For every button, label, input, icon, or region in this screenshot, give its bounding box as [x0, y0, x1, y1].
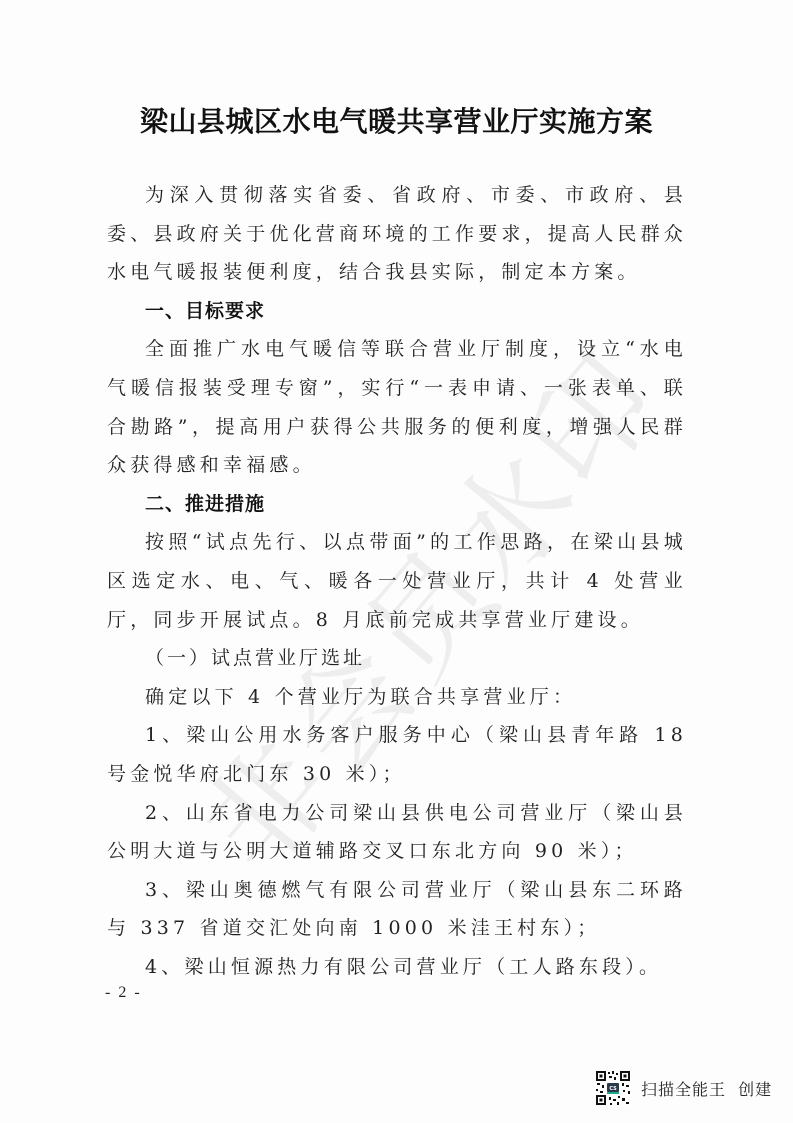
subsection-lead: 确定以下 4 个营业厅为联合共享营业厅： — [107, 678, 687, 717]
intro-paragraph: 为深入贯彻落实省委、省政府、市委、市政府、县委、县政府关于优化营商环境的工作要求… — [107, 176, 687, 292]
list-item: 1、梁山公用水务客户服务中心（梁山县青年路 18 号金悦华府北门东 30 米）； — [107, 716, 687, 793]
list-item: 2、山东省电力公司梁山县供电公司营业厅（梁山县公明大道与公明大道辅路交叉口东北方… — [107, 794, 687, 871]
qr-code-icon: CS — [595, 1070, 631, 1106]
scanner-label: 扫描全能王 创建 — [641, 1077, 772, 1100]
document-page: 非会员水印 梁山县城区水电气暖共享营业厅实施方案 为深入贯彻落实省委、省政府、市… — [0, 0, 793, 1123]
document-title: 梁山县城区水电气暖共享营业厅实施方案 — [0, 100, 793, 140]
list-item: 4、梁山恒源热力有限公司营业厅（工人路东段）。 — [107, 948, 687, 987]
section-heading-goals: 一、目标要求 — [107, 292, 687, 331]
section-paragraph-goals: 全面推广水电气暖信等联合营业厅制度，设立“水电气暖信报装受理专窗”，实行“一表申… — [107, 330, 687, 484]
svg-text:CS: CS — [609, 1086, 617, 1092]
list-item: 3、梁山奥德燃气有限公司营业厅（梁山县东二环路与 337 省道交汇处向南 100… — [107, 871, 687, 948]
section-paragraph-measures: 按照“试点先行、以点带面”的工作思路，在梁山县城区选定水、电、气、暖各一处营业厅… — [107, 523, 687, 639]
document-body: 为深入贯彻落实省委、省政府、市委、市政府、县委、县政府关于优化营商环境的工作要求… — [107, 176, 687, 986]
subsection-heading-site-selection: （一）试点营业厅选址 — [107, 639, 687, 678]
scanner-badge: CS 扫描全能王 创建 — [595, 1070, 772, 1106]
page-number: - 2 - — [105, 984, 142, 1002]
section-heading-measures: 二、推进措施 — [107, 485, 687, 524]
